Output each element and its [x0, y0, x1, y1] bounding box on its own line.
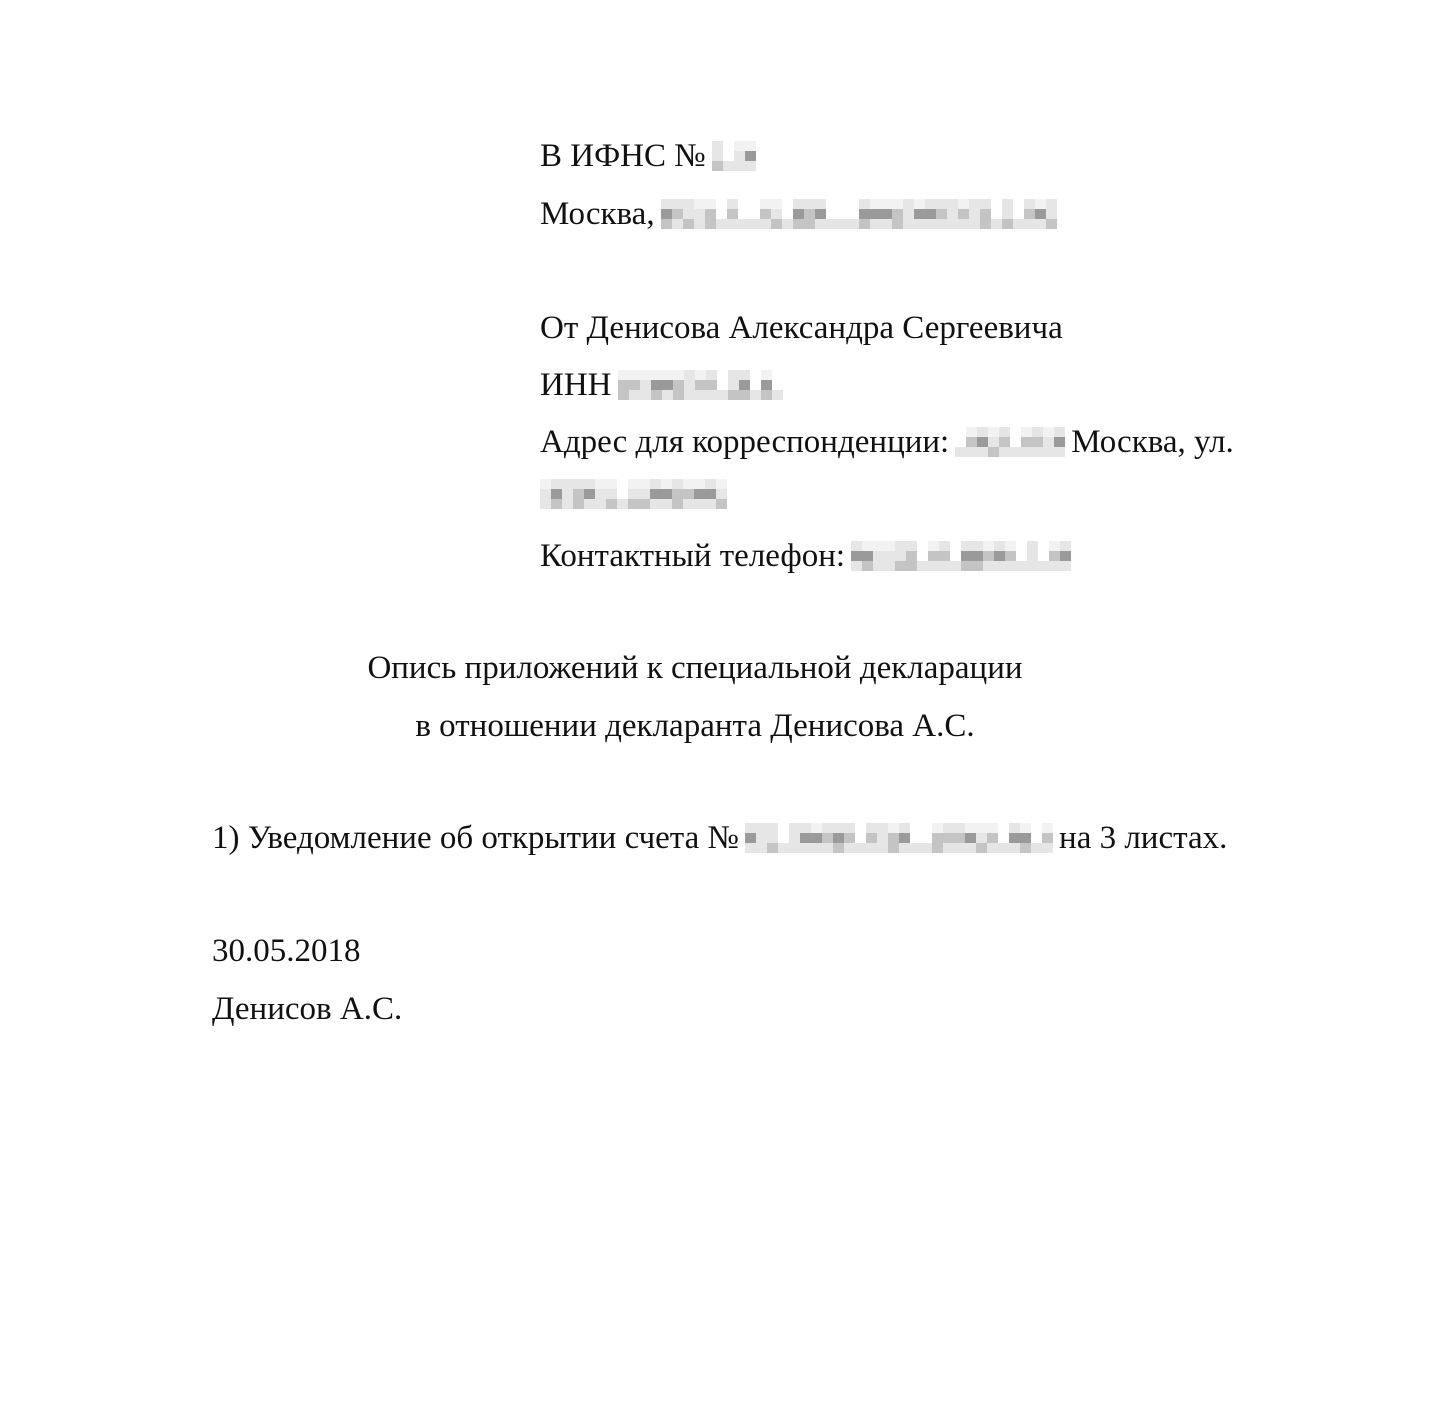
list-item-prefix: 1) Уведомление об открытии счета №: [212, 818, 739, 858]
recipient-city: Москва,: [540, 194, 655, 234]
signature-text: Денисов А.С.: [212, 989, 402, 1029]
redacted-street: [540, 479, 727, 509]
redacted-ifns-number: [712, 141, 756, 171]
sender-address-line: Адрес для корреспонденции: Москва, ул.: [540, 422, 1234, 462]
document-title-line-2: в отношении декларанта Денисова А.С.: [0, 706, 1390, 746]
sender-from-line: От Денисова Александра Сергеевича: [540, 308, 1063, 348]
phone-label: Контактный телефон:: [540, 536, 845, 576]
address-city: Москва, ул.: [1071, 422, 1234, 462]
redacted-postcode: [955, 427, 1065, 457]
document-signature: Денисов А.С.: [212, 989, 402, 1029]
sender-phone-line: Контактный телефон:: [540, 536, 1077, 576]
document-title-line-1: Опись приложений к специальной деклараци…: [0, 648, 1390, 688]
redacted-account-number: [745, 823, 1053, 853]
list-item-suffix: на 3 листах.: [1059, 818, 1227, 858]
address-label: Адрес для корреспонденции:: [540, 422, 949, 462]
sender-inn-line: ИНН: [540, 365, 789, 405]
redacted-phone: [851, 541, 1071, 571]
redacted-inn: [618, 370, 783, 400]
list-item: 1) Уведомление об открытии счета № на 3 …: [212, 818, 1227, 858]
recipient-line-1: В ИФНС №: [540, 136, 762, 176]
sender-address-line-2: [540, 479, 733, 509]
sender-name: От Денисова Александра Сергеевича: [540, 308, 1063, 348]
inn-label: ИНН: [540, 365, 612, 405]
redacted-ifns-address: [661, 199, 1057, 229]
document-date: 30.05.2018: [212, 931, 361, 971]
date-text: 30.05.2018: [212, 931, 361, 971]
recipient-line-2: Москва,: [540, 194, 1063, 234]
recipient-ifns-label: В ИФНС №: [540, 136, 706, 176]
